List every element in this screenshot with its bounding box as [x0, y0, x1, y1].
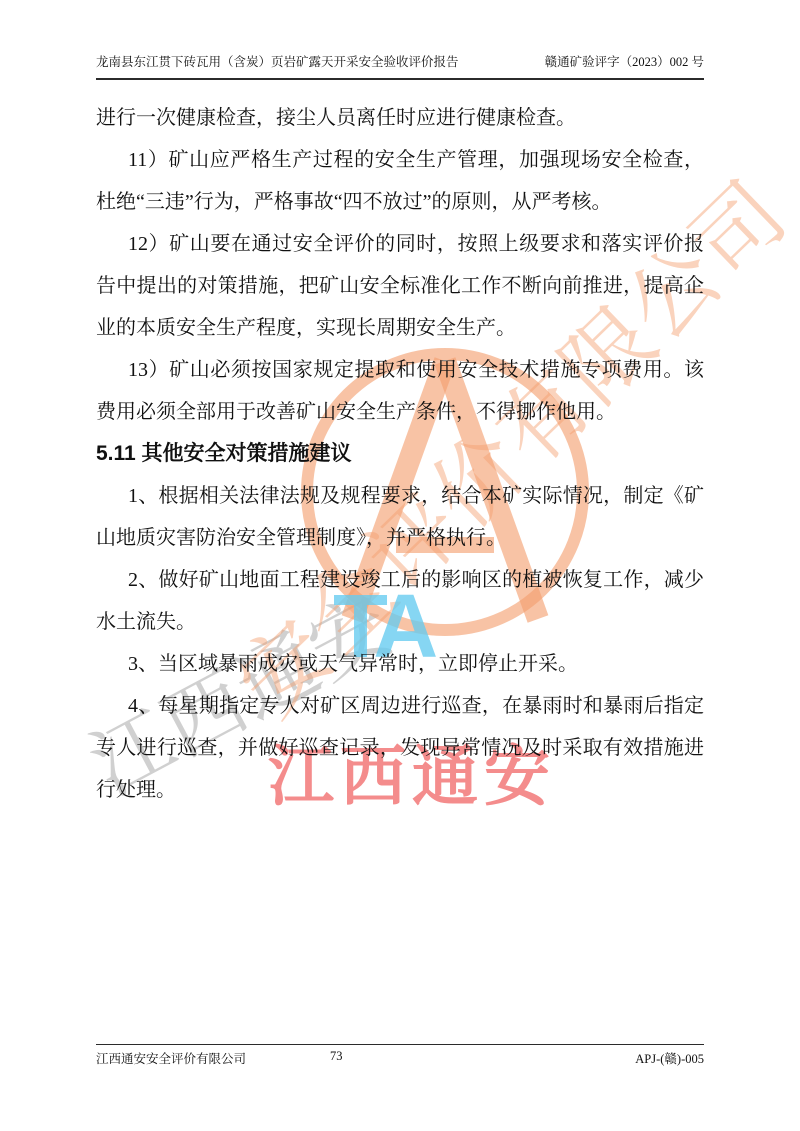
page-content: 进行一次健康检查，接尘人员离任时应进行健康检查。 11）矿山应严格生产过程的安全…	[96, 97, 704, 811]
footer-doc-code: APJ-(赣)-005	[635, 1049, 704, 1067]
header-doc-number: 赣通矿验评字（2023）002 号	[545, 52, 704, 70]
paragraph: 1、根据相关法律法规及规程要求，结合本矿实际情况，制定《矿山地质灾害防治安全管理…	[96, 475, 704, 559]
paragraph: 12）矿山要在通过安全评价的同时，按照上级要求和落实评价报告中提出的对策措施，把…	[96, 223, 704, 349]
paragraph: 11）矿山应严格生产过程的安全生产管理，加强现场安全检查，杜绝“三违”行为，严格…	[96, 139, 704, 223]
page-footer: 江西通安安全评价有限公司 73 APJ-(赣)-005	[96, 1044, 704, 1071]
document-page: 江西通安 安全评价有限公司 TA 江西通安 龙南县东江贯下砖瓦用（含炭）页岩矿露…	[0, 0, 800, 1131]
page-header: 龙南县东江贯下砖瓦用（含炭）页岩矿露天开采安全验收评价报告 赣通矿验评字（202…	[96, 52, 704, 80]
paragraph: 3、当区域暴雨成灾或天气异常时，立即停止开采。	[96, 643, 704, 685]
paragraph: 进行一次健康检查，接尘人员离任时应进行健康检查。	[96, 97, 704, 139]
section-heading: 5.11 其他安全对策措施建议	[96, 433, 704, 475]
paragraph: 2、做好矿山地面工程建设竣工后的影响区的植被恢复工作，减少水土流失。	[96, 559, 704, 643]
paragraph: 13）矿山必须按国家规定提取和使用安全技术措施专项费用。该费用必须全部用于改善矿…	[96, 349, 704, 433]
footer-page-number: 73	[330, 1049, 343, 1064]
header-report-title: 龙南县东江贯下砖瓦用（含炭）页岩矿露天开采安全验收评价报告	[96, 52, 459, 70]
paragraph: 4、每星期指定专人对矿区周边进行巡查，在暴雨时和暴雨后指定专人进行巡查，并做好巡…	[96, 685, 704, 811]
footer-company-name: 江西通安安全评价有限公司	[96, 1049, 246, 1067]
